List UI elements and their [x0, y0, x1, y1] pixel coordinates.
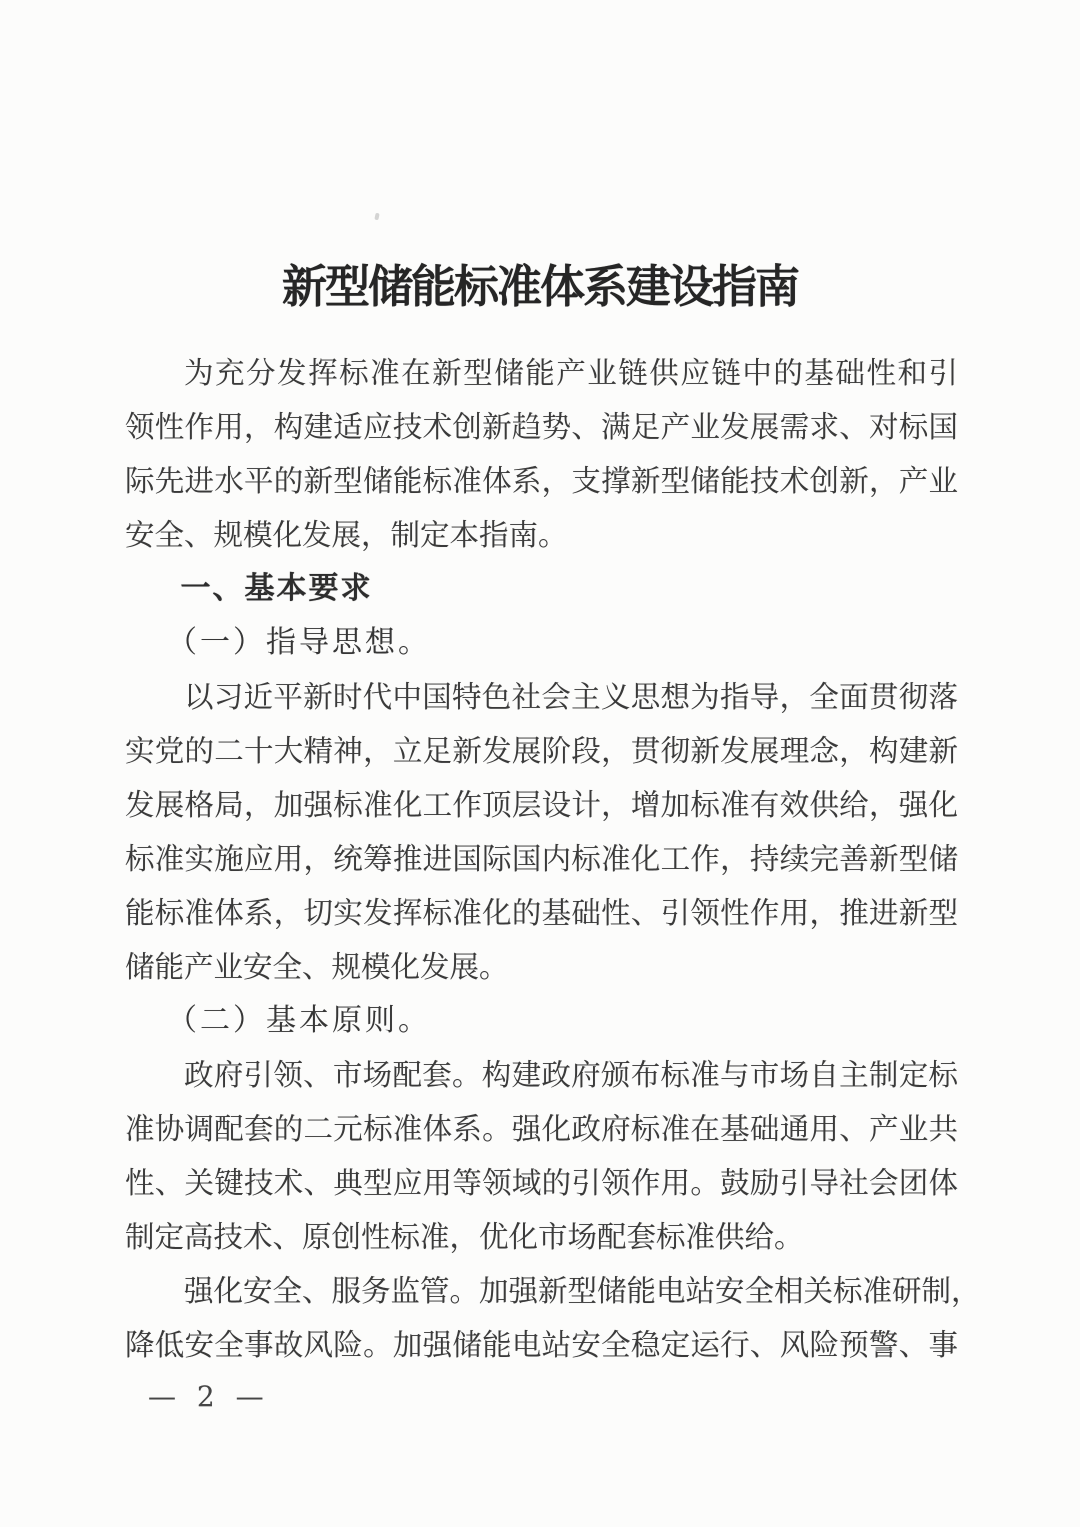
text-line: 际先进水平的新型储能标准体系，支撑新型储能技术创新，产业: [125, 454, 958, 508]
text-line: 准协调配套的二元标准体系。强化政府标准在基础通用、产业共: [125, 1102, 958, 1156]
text-line: 储能产业安全、规模化发展。: [125, 940, 958, 994]
text-line: 一、基本要求: [125, 562, 958, 616]
text-line: 实党的二十大精神，立足新发展阶段，贯彻新发展理念，构建新: [125, 724, 958, 778]
document-body: 为充分发挥标准在新型储能产业链供应链中的基础性和引领性作用，构建适应技术创新趋势…: [125, 346, 958, 1372]
text-line: 安全、规模化发展，制定本指南。: [125, 508, 958, 562]
text-line: 为充分发挥标准在新型储能产业链供应链中的基础性和引: [125, 346, 958, 400]
text-line: 发展格局，加强标准化工作顶层设计，增加标准有效供给，强化: [125, 778, 958, 832]
text-line: 制定高技术、原创性标准，优化市场配套标准供给。: [125, 1210, 958, 1264]
text-line: 降低安全事故风险。加强储能电站安全稳定运行、风险预警、事: [125, 1318, 958, 1372]
text-line: 政府引领、市场配套。构建政府颁布标准与市场自主制定标: [125, 1048, 958, 1102]
text-line: 领性作用，构建适应技术创新趋势、满足产业发展需求、对标国: [125, 400, 958, 454]
text-line: 强化安全、服务监管。加强新型储能电站安全相关标准研制，: [125, 1264, 958, 1318]
document-title: 新型储能标准体系建设指南: [0, 256, 1080, 318]
scan-artifact-dot: [374, 213, 379, 221]
text-line: 性、关键技术、典型应用等领域的引领作用。鼓励引导社会团体: [125, 1156, 958, 1210]
text-line: 能标准体系，切实发挥标准化的基础性、引领性作用，推进新型: [125, 886, 958, 940]
page-number: — 2 —: [148, 1378, 270, 1416]
document-page: 新型储能标准体系建设指南 为充分发挥标准在新型储能产业链供应链中的基础性和引领性…: [0, 0, 1080, 1527]
text-line: （一）指导思想。: [125, 616, 958, 670]
text-line: 标准实施应用，统筹推进国际国内标准化工作，持续完善新型储: [125, 832, 958, 886]
text-line: （二）基本原则。: [125, 994, 958, 1048]
text-line: 以习近平新时代中国特色社会主义思想为指导，全面贯彻落: [125, 670, 958, 724]
